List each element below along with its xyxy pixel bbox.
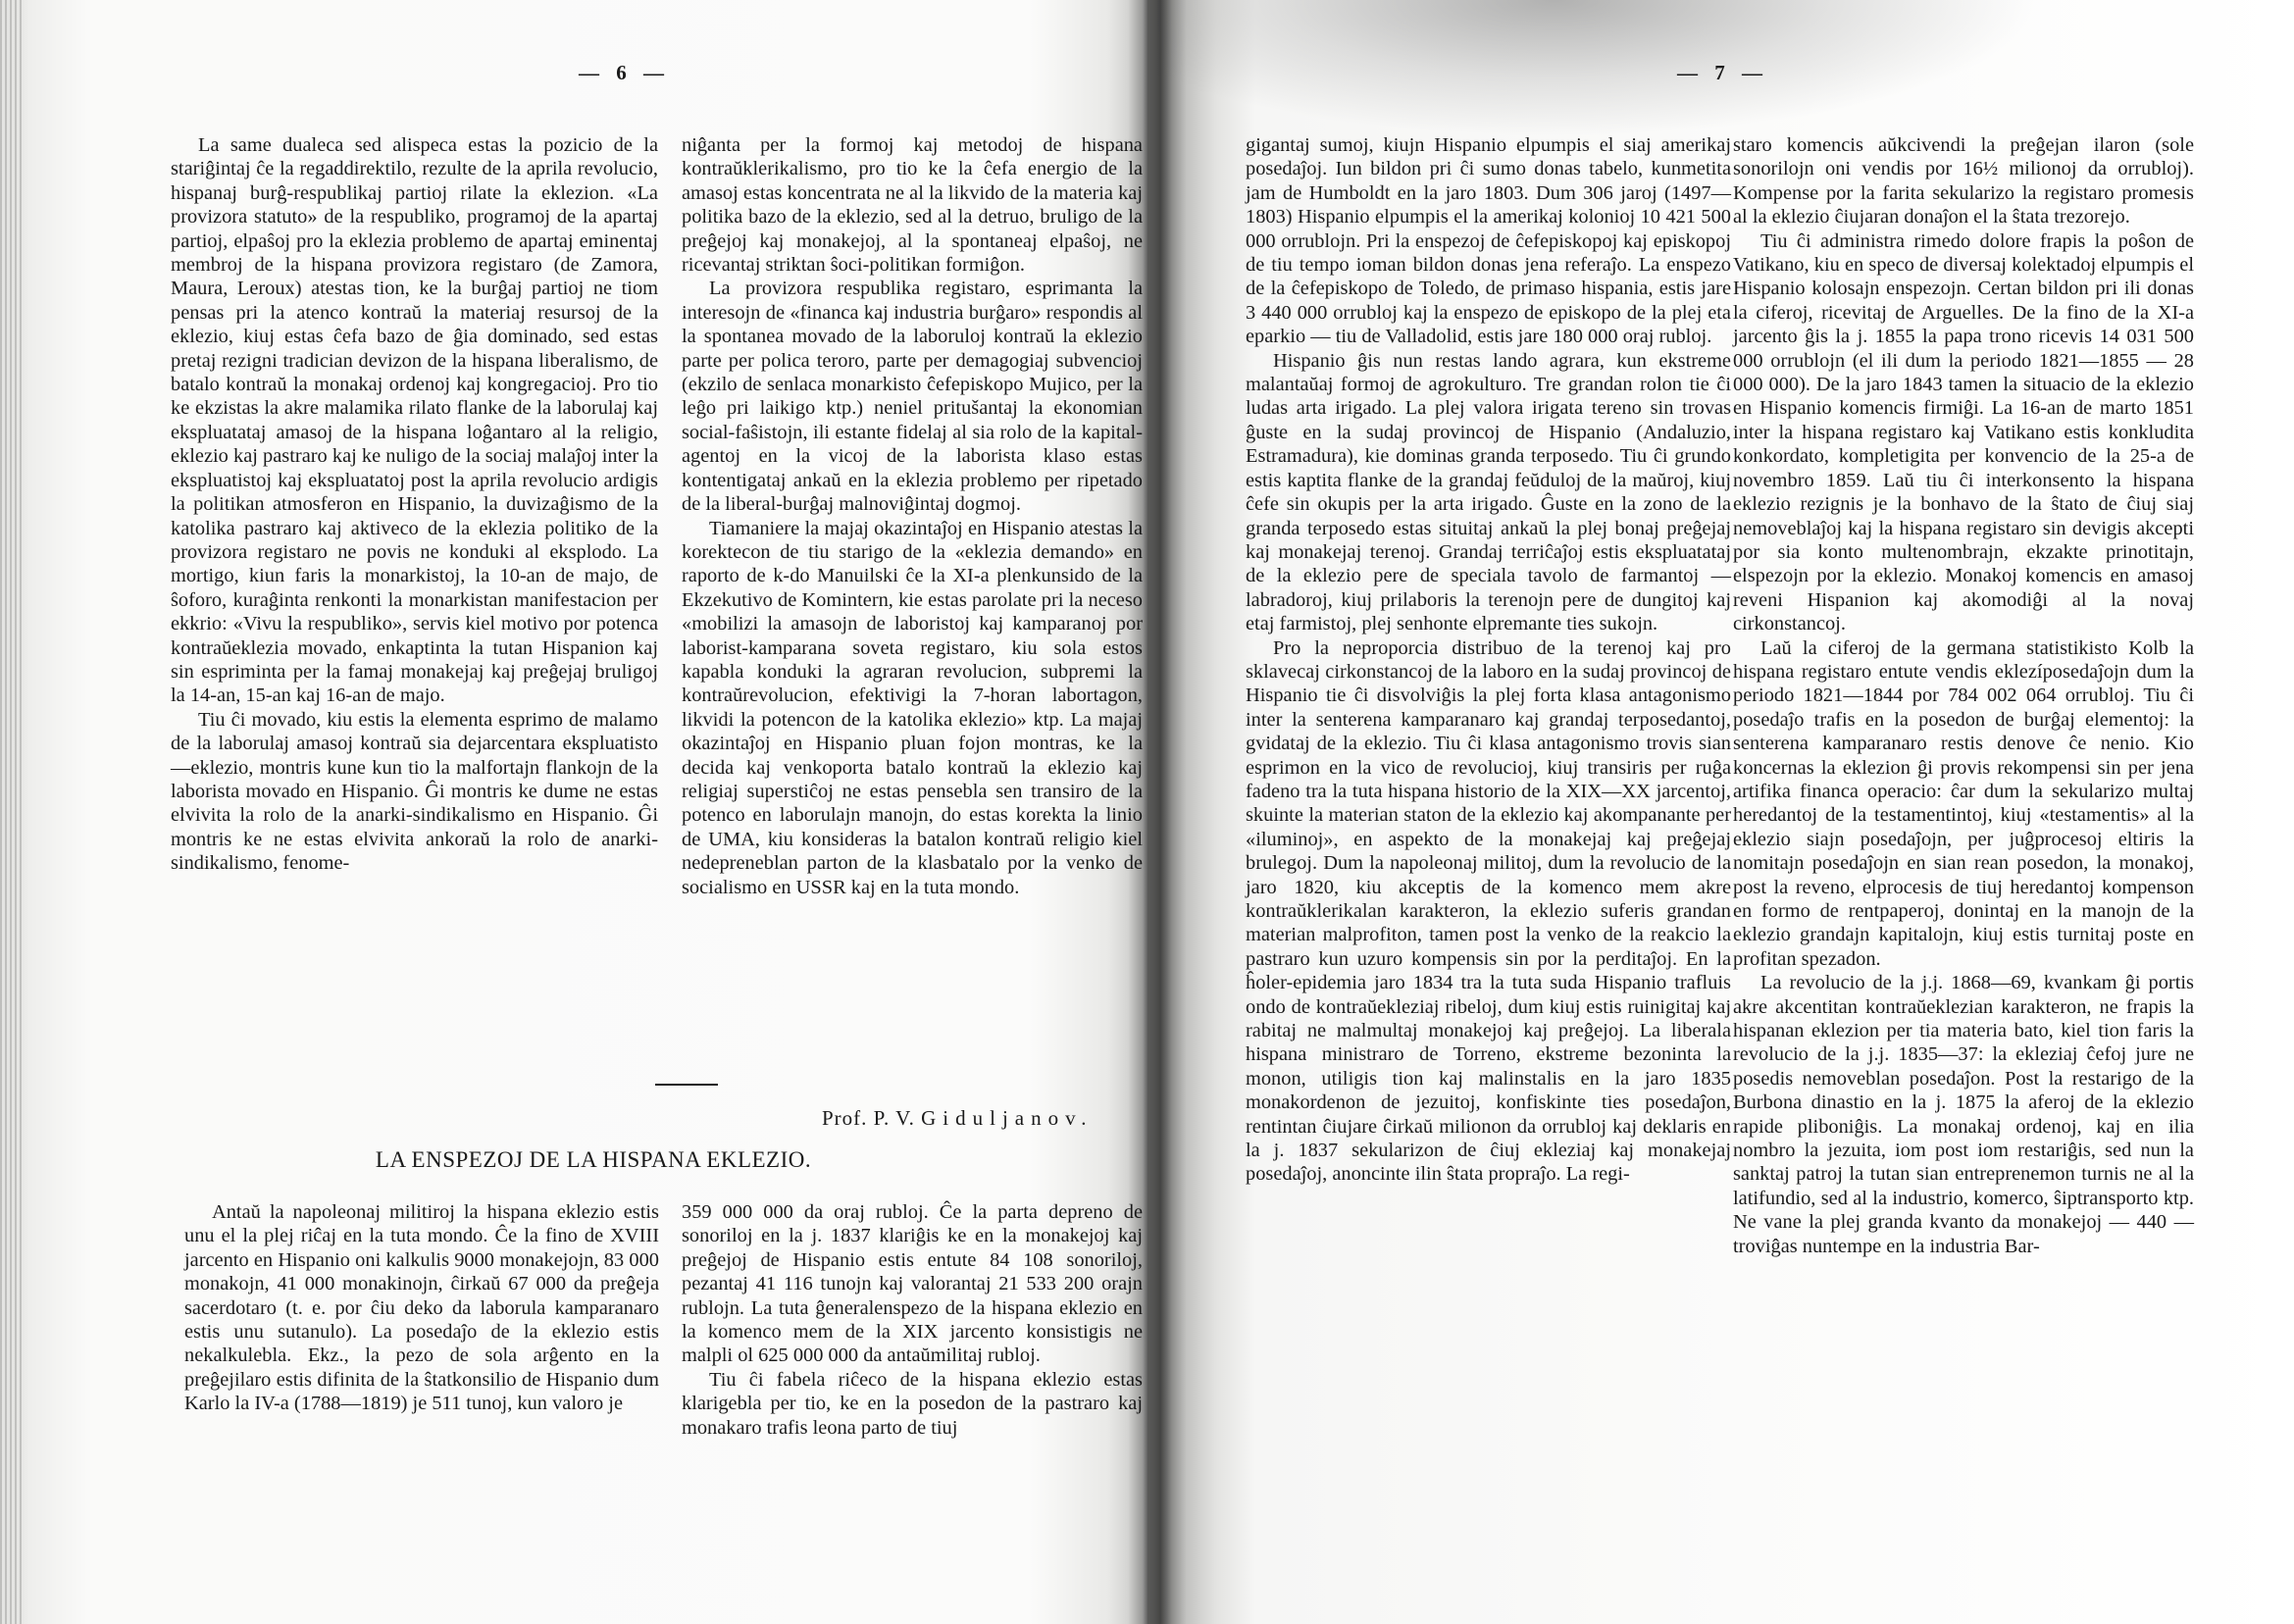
paragraph: Pro la neproporcia distribuo de la teren… xyxy=(1246,636,1731,1187)
paragraph: staro komencis aŭkcivendi la preĝejan il… xyxy=(1733,133,2194,229)
paragraph: 359 000 000 da oraj rubloj. Ĉe la parta … xyxy=(682,1200,1143,1368)
article-column-2: 359 000 000 da oraj rubloj. Ĉe la parta … xyxy=(682,1200,1143,1440)
section-divider-rule xyxy=(655,1084,718,1086)
left-page-column-1: La same dualeca sed alispeca estas la po… xyxy=(171,133,658,876)
page-number-left: — 6 — xyxy=(579,61,670,85)
paragraph: La revolucio de la j.j. 1868—69, kvankam… xyxy=(1733,971,2194,1258)
left-page: — 6 — La same dualeca sed alispeca estas… xyxy=(0,0,1147,1624)
right-page: — 7 — gigantaj sumoj, kiujn Hispanio elp… xyxy=(1147,0,2294,1624)
paragraph: gigantaj sumoj, kiujn Hispanio elpumpis … xyxy=(1246,133,1731,349)
paragraph: Tiu ĉi movado, kiu estis la elementa esp… xyxy=(171,708,658,876)
paragraph: Tiu ĉi fabela riĉeco de la hispana eklez… xyxy=(682,1368,1143,1440)
page-number-right: — 7 — xyxy=(1677,61,1768,85)
article-title: LA ENSPEZOJ DE LA HISPANA EKLEZIO. xyxy=(20,1147,1167,1173)
right-page-column-1: gigantaj sumoj, kiujn Hispanio elpumpis … xyxy=(1246,133,1731,1187)
left-page-column-2: niĝanta per la formoj kaj metodoj de his… xyxy=(682,133,1143,899)
paragraph: La provizora respublika registaro, espri… xyxy=(682,277,1143,516)
book-spread: — 6 — La same dualeca sed alispeca estas… xyxy=(0,0,2294,1624)
article-column-1: Antaŭ la napoleonaj militiroj la hispana… xyxy=(184,1200,659,1416)
author-prefix: Prof. P. V. xyxy=(822,1106,915,1130)
page-edge-stack xyxy=(0,0,22,1624)
paragraph: Tiu ĉi administra rimedo dolore frapis l… xyxy=(1733,229,2194,636)
paragraph: niĝanta per la formoj kaj metodoj de his… xyxy=(682,133,1143,277)
scan-shadow xyxy=(1157,0,2040,137)
paragraph: La same dualeca sed alispeca estas la po… xyxy=(171,133,658,708)
right-page-column-2: staro komencis aŭkcivendi la preĝejan il… xyxy=(1733,133,2194,1258)
author-name: Giduljanov. xyxy=(921,1106,1093,1130)
paragraph: Laŭ la ciferoj de la germana statistikis… xyxy=(1733,636,2194,972)
paragraph: Antaŭ la napoleonaj militiroj la hispana… xyxy=(184,1200,659,1416)
paragraph: Hispanio ĝis nun restas lando agrara, ku… xyxy=(1246,349,1731,636)
author-signature: Prof. P. V. Giduljanov. xyxy=(822,1106,1094,1131)
book-gutter xyxy=(1128,0,1187,1624)
paragraph: Tiamaniere la majaj okazintaĵoj en Hispa… xyxy=(682,517,1143,900)
